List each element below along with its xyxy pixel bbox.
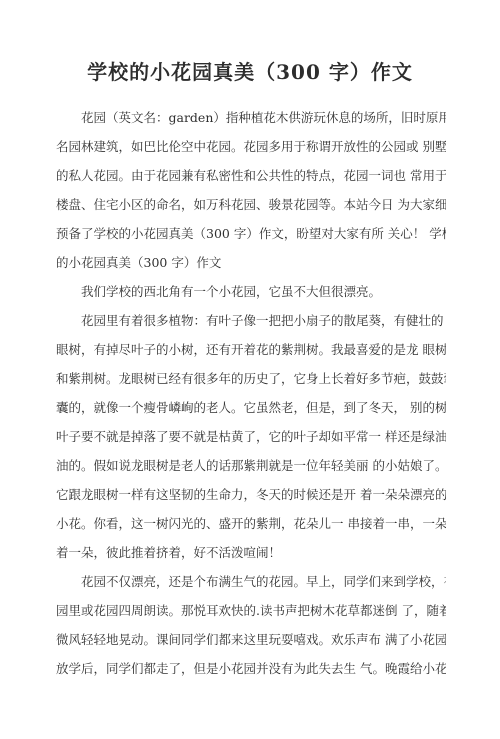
paragraph-line: 放学后，同学们都走了，但是小花园并没有为此失去生 气。晚霞给小花 [56, 654, 446, 683]
paragraph-line: 油的。假如说龙眼树是老人的话那紫荆就是一位年轻美丽 的小姑娘了。 [56, 451, 446, 480]
paragraph-line: 名园林建筑，如巴比伦空中花园。花园多用于称谓开放性的公园或 别墅 [56, 132, 446, 161]
paragraph: 我们学校的西北角有一个小花园，它虽不大但很漂亮。 [56, 277, 446, 306]
paragraph-line: 楼盘、住宅小区的命名，如万科花园、骏景花园等。本站今日 为大家细心 [56, 190, 446, 219]
document-page: 学校的小花园真美（300 字）作文 花园（英文名：garden）指种植花木供游玩… [0, 0, 500, 739]
paragraph-line: 园里或花园四周朗读。那悦耳欢快的.读书声把树木花草都迷倒 了，随着 [56, 596, 446, 625]
paragraph: 花园（英文名：garden）指种植花木供游玩休息的场所，旧时原用于 命名园林建筑… [56, 103, 446, 277]
paragraph-line: 的小花园真美（300 字）作文 [56, 248, 446, 277]
document-body: 花园（英文名：garden）指种植花木供游玩休息的场所，旧时原用于 命名园林建筑… [56, 103, 446, 683]
paragraph-line: 着一朵，彼此推着挤着，好不活泼喧闹！ [56, 538, 446, 567]
paragraph-line: 叶子要不就是掉落了要不就是枯黄了，它的叶子却如平常一 样还是绿油 [56, 422, 446, 451]
paragraph-line: 它跟龙眼树一样有这坚韧的生命力，冬天的时候还是开 着一朵朵漂亮的 [56, 480, 446, 509]
document-title: 学校的小花园真美（300 字）作文 [0, 0, 500, 90]
paragraph-line: 和紫荆树。龙眼树已经有很多年的历史了，它身上长着好多节疤，鼓鼓囊 [56, 364, 446, 393]
paragraph-line: 花园（英文名：garden）指种植花木供游玩休息的场所，旧时原用于 命 [56, 103, 446, 132]
paragraph-line: 眼树，有掉尽叶子的小树，还有开着花的紫荆树。我最喜爱的是龙 眼树 [56, 335, 446, 364]
paragraph-line: 囊的，就像一个瘦骨嶙峋的老人。它虽然老，但是，到了冬天， 别的树的 [56, 393, 446, 422]
paragraph-line: 预备了学校的小花园真美（300 字）作文，盼望对大家有所 关心！ 学校 [56, 219, 446, 248]
paragraph-line: 微风轻轻地晃动。课间同学们都来这里玩耍嘻戏。欢乐声布 满了小花园。 [56, 625, 446, 654]
paragraph-line: 我们学校的西北角有一个小花园，它虽不大但很漂亮。 [56, 277, 446, 306]
paragraph-line: 的私人花园。由于花园兼有私密性和公共性的特点，花园一词也 常用于 [56, 161, 446, 190]
paragraph: 花园里有着很多植物：有叶子像一把把小扇子的散尾葵，有健壮的 龙眼树，有掉尽叶子的… [56, 306, 446, 567]
paragraph-line: 花园不仅漂亮，还是个布满生气的花园。早上，同学们来到学校，在花 [56, 567, 446, 596]
paragraph: 花园不仅漂亮，还是个布满生气的花园。早上，同学们来到学校，在花园里或花园四周朗读… [56, 567, 446, 683]
paragraph-line: 花园里有着很多植物：有叶子像一把把小扇子的散尾葵，有健壮的 龙 [56, 306, 446, 335]
paragraph-line: 小花。你看，这一树闪光的、盛开的紫荆，花朵儿一 串接着一串，一朵接 [56, 509, 446, 538]
